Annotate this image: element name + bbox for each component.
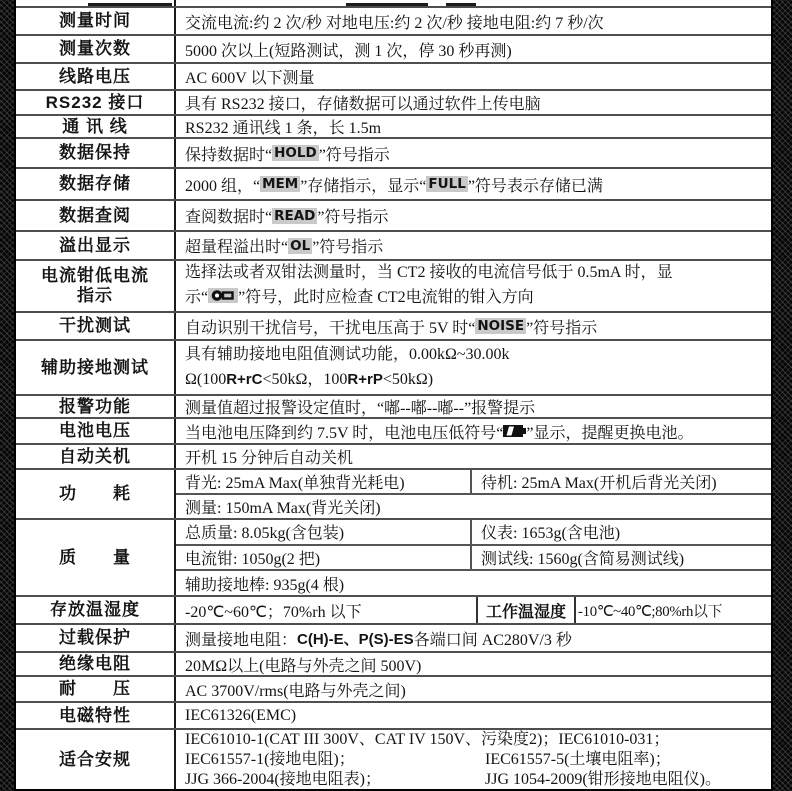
battery-low-icon (503, 424, 526, 438)
lcd-symbol-full: FULL (426, 176, 467, 192)
value-text: ”显示，提醒更换电池。 (526, 420, 693, 443)
spec-row-rs232: RS232 接口 具有 RS232 接口，存储数据可以通过软件上传电脑 (16, 89, 771, 114)
value-bold-text: C(H)-E、P(S)-ES (297, 628, 414, 649)
row-value: 2000 组，“MEM”存储指示，显示“FULL”符号表示存储已满 (176, 169, 771, 199)
safety-line-2: IEC61557-1(接地电阻)； IEC61557-5(土壤电阻率)； (185, 750, 771, 770)
row-value: 自动识别干扰信号，干扰电压高于 5V 时“NOISE”符号指示 (176, 313, 771, 339)
spec-row-data-store: 数据存储 2000 组，“MEM”存储指示，显示“FULL”符号表示存储已满 (16, 167, 771, 199)
row-value: 开机 15 分钟后自动关机 (176, 445, 771, 468)
value-line1: 具有辅助接地电阻值测试功能，0.00kΩ~30.00k (185, 343, 771, 368)
row-label: 测量次数 (16, 36, 176, 62)
row-label-line1: 电流钳低电流 (41, 266, 149, 286)
value-text: 超量程溢出时“ (185, 234, 288, 257)
specification-table: 测量时间 交流电流:约 2 次/秒 对地电压:约 2 次/秒 接地电阻:约 7 … (14, 0, 773, 791)
value-text: 2000 组，“ (185, 173, 260, 196)
row-value: 查阅数据时“READ”符号指示 (176, 201, 771, 230)
value-text: 各端口间 AC280V/3 秒 (414, 627, 572, 650)
power-standby: 待机: 25mA Max(开机后背光关闭) (472, 470, 771, 493)
spec-row-withstand-voltage: 耐 压 AC 3700V/rms(电路与外壳之间) (16, 675, 771, 701)
row-label: 适合安规 (16, 730, 176, 789)
row-label: 辅助接地测试 (16, 341, 176, 394)
value-line1: 选择法或者双钳法测量时，当 CT2 接收的电流信号低于 0.5mA 时，显 (185, 261, 771, 286)
row-label: 数据保持 (16, 139, 176, 167)
spec-row-overload: 过载保护 测量接地电阻： C(H)-E、P(S)-ES 各端口间 AC280V/… (16, 623, 771, 651)
spec-row-power-consumption: 功 耗 背光: 25mA Max(单独背光耗电) 待机: 25mA Max(开机… (16, 468, 771, 518)
clipped-text-artifact (88, 3, 172, 6)
spec-row-clamp-low-current: 电流钳低电流 指示 选择法或者双钳法测量时，当 CT2 接收的电流信号低于 0.… (16, 259, 771, 311)
lcd-symbol-read: READ (272, 208, 317, 224)
row-label: 溢出显示 (16, 232, 176, 259)
row-label: 过载保护 (16, 625, 176, 651)
spec-sheet-page: 测量时间 交流电流:约 2 次/秒 对地电压:约 2 次/秒 接地电阻:约 7 … (0, 0, 792, 791)
row-label: 干扰测试 (16, 313, 176, 339)
clamp-meter-icon (208, 288, 238, 303)
value-text: JJG 366-2004(接地电阻表)； (185, 770, 485, 790)
lcd-symbol-mem: MEM (260, 176, 300, 192)
value-text: ”符号表示存储已满 (468, 173, 603, 196)
row-label: 通 讯 线 (16, 116, 176, 137)
row-value: 测量值超过报警设定值时，“嘟--嘟--嘟--”报警提示 (176, 396, 771, 417)
value-text: ”符号指示 (526, 315, 597, 338)
power-subrow-1: 背光: 25mA Max(单独背光耗电) 待机: 25mA Max(开机后背光关… (176, 470, 771, 493)
row-value: 交流电流:约 2 次/秒 对地电压:约 2 次/秒 接地电阻:约 7 秒/次 (176, 8, 771, 34)
weight-clamp: 电流钳: 1050g(2 把) (176, 546, 472, 570)
spec-row-comm-cable: 通 讯 线 RS232 通讯线 1 条，长 1.5m (16, 114, 771, 137)
spec-row-data-read: 数据查阅 查阅数据时“READ”符号指示 (16, 199, 771, 230)
value-text: IEC61557-1(接地电阻)； (185, 750, 485, 770)
row-value: 超量程溢出时“OL”符号指示 (176, 232, 771, 259)
power-subgrid: 背光: 25mA Max(单独背光耗电) 待机: 25mA Max(开机后背光关… (176, 470, 771, 518)
working-env-value: -10℃~40℃;80%rh以下 (576, 597, 771, 623)
weight-meter: 仪表: 1653g(含电池) (472, 520, 771, 544)
spec-row-emc: 电磁特性 IEC61326(EMC) (16, 701, 771, 728)
value-text: Ω(100 (185, 371, 226, 388)
row-label: 电磁特性 (16, 703, 176, 728)
row-value: AC 600V 以下测量 (176, 64, 771, 89)
clipped-text-artifact (346, 3, 428, 6)
row-label: 测量时间 (16, 8, 176, 34)
row-label: 线路电压 (16, 64, 176, 89)
weight-rods: 辅助接地棒: 935g(4 根) (176, 571, 771, 595)
row-value: 当电池电压降到约 7.5V 时，电池电压低符号“”显示，提醒更换电池。 (176, 419, 771, 443)
row-value: 具有 RS232 接口，存储数据可以通过软件上传电脑 (176, 91, 771, 114)
value-bold-text: R+rP (347, 371, 382, 388)
spec-row-safety-standards: 适合安规 IEC61010-1(CAT III 300V、CAT IV 150V… (16, 728, 771, 789)
power-subrow-2: 测量: 150mA Max(背光关闭) (176, 493, 771, 518)
spec-row-auto-off: 自动关机 开机 15 分钟后自动关机 (16, 443, 771, 468)
lcd-symbol-hold: HOLD (272, 145, 319, 161)
spec-row-weight: 质 量 总质量: 8.05kg(含包装) 仪表: 1653g(含电池) 电流钳:… (16, 518, 771, 595)
lcd-symbol-ol: OL (288, 238, 312, 254)
value-text: ”符号指示 (317, 204, 388, 227)
value-text: 测量接地电阻： (185, 627, 297, 650)
row-value: 20MΩ以上(电路与外壳之间 500V) (176, 653, 771, 675)
value-text: ”符号指示 (319, 142, 390, 165)
page-left-dark-border (0, 0, 14, 791)
working-env-label: 工作温湿度 (476, 597, 576, 623)
spec-row-battery: 电池电压 当电池电压降到约 7.5V 时，电池电压低符号“”显示，提醒更换电池。 (16, 417, 771, 443)
power-measuring: 测量: 150mA Max(背光关闭) (176, 495, 771, 518)
lcd-symbol-noise: NOISE (475, 318, 526, 334)
value-line2: Ω(100R+rC<50kΩ，100R+rP<50kΩ) (185, 368, 771, 393)
weight-leads: 测试线: 1560g(含简易测试线) (472, 546, 771, 570)
spec-row-overflow: 溢出显示 超量程溢出时“OL”符号指示 (16, 230, 771, 259)
value-text: ”存储指示，显示“ (300, 173, 426, 196)
row-value: 测量接地电阻： C(H)-E、P(S)-ES 各端口间 AC280V/3 秒 (176, 625, 771, 651)
row-value: 选择法或者双钳法测量时，当 CT2 接收的电流信号低于 0.5mA 时，显 示“… (176, 261, 771, 311)
spec-row-insulation: 绝缘电阻 20MΩ以上(电路与外壳之间 500V) (16, 651, 771, 675)
value-text: <50kΩ) (383, 371, 433, 388)
storage-env-value: -20℃~60℃；70%rh 以下 (176, 597, 476, 623)
row-label: 电流钳低电流 指示 (16, 261, 176, 311)
value-text: 保持数据时“ (185, 142, 272, 165)
weight-total: 总质量: 8.05kg(含包装) (176, 520, 472, 544)
row-label: 存放温湿度 (16, 597, 176, 623)
row-label: 数据查阅 (16, 201, 176, 230)
row-value: 保持数据时“HOLD”符号指示 (176, 139, 771, 167)
spec-row-storage-env: 存放温湿度 -20℃~60℃；70%rh 以下 工作温湿度 -10℃~40℃;8… (16, 595, 771, 623)
row-label: 自动关机 (16, 445, 176, 468)
weight-subrow-2: 电流钳: 1050g(2 把) 测试线: 1560g(含简易测试线) (176, 544, 771, 570)
value-text: JJG 1054-2009(钳形接地电阻仪)。 (485, 770, 721, 790)
row-label: 数据存储 (16, 169, 176, 199)
row-label: 质 量 (16, 520, 176, 595)
row-label-line2: 指示 (77, 286, 113, 306)
row-value: 具有辅助接地电阻值测试功能，0.00kΩ~30.00k Ω(100R+rC<50… (176, 341, 771, 394)
spec-row-interference: 干扰测试 自动识别干扰信号，干扰电压高于 5V 时“NOISE”符号指示 (16, 311, 771, 339)
value-text: <50kΩ，100 (262, 371, 347, 388)
spec-row-aux-ground: 辅助接地测试 具有辅助接地电阻值测试功能，0.00kΩ~30.00k Ω(100… (16, 339, 771, 394)
clipped-row-remnant (16, 0, 771, 6)
spec-row-data-hold: 数据保持 保持数据时“HOLD”符号指示 (16, 137, 771, 167)
weight-subrow-3: 辅助接地棒: 935g(4 根) (176, 569, 771, 595)
value-text: 自动识别干扰信号，干扰电压高于 5V 时“ (185, 315, 475, 338)
value-bold-text: R+rC (226, 371, 262, 388)
row-label: RS232 接口 (16, 91, 176, 114)
row-label: 绝缘电阻 (16, 653, 176, 675)
value-text: IEC61557-5(土壤电阻率)； (485, 750, 671, 770)
value-text: ”符号指示 (312, 234, 383, 257)
value-text: ”符号，此时应检查 CT2电流钳的钳入方向 (238, 289, 534, 306)
value-text: 示“ (185, 289, 208, 306)
row-value: 5000 次以上(短路测试，测 1 次，停 30 秒再测) (176, 36, 771, 62)
value-text: 当电池电压降到约 7.5V 时，电池电压低符号“ (185, 420, 503, 443)
row-value: IEC61010-1(CAT III 300V、CAT IV 150V、污染度2… (176, 730, 771, 789)
row-label: 电池电压 (16, 419, 176, 443)
value-text: 查阅数据时“ (185, 204, 272, 227)
spec-row-line-voltage: 线路电压 AC 600V 以下测量 (16, 62, 771, 89)
spec-row-measure-count: 测量次数 5000 次以上(短路测试，测 1 次，停 30 秒再测) (16, 34, 771, 62)
clipped-text-artifact (446, 3, 476, 6)
safety-line-1: IEC61010-1(CAT III 300V、CAT IV 150V、污染度2… (185, 730, 771, 750)
page-right-dark-border (773, 0, 792, 791)
row-value: RS232 通讯线 1 条，长 1.5m (176, 116, 771, 137)
weight-subrow-1: 总质量: 8.05kg(含包装) 仪表: 1653g(含电池) (176, 520, 771, 544)
row-value: AC 3700V/rms(电路与外壳之间) (176, 677, 771, 701)
row-value: IEC61326(EMC) (176, 703, 771, 728)
safety-line-3: JJG 366-2004(接地电阻表)； JJG 1054-2009(钳形接地电… (185, 770, 771, 790)
weight-subgrid: 总质量: 8.05kg(含包装) 仪表: 1653g(含电池) 电流钳: 105… (176, 520, 771, 595)
row-label: 功 耗 (16, 470, 176, 518)
row-label: 报警功能 (16, 396, 176, 417)
power-backlight: 背光: 25mA Max(单独背光耗电) (176, 470, 472, 493)
spec-row-measure-time: 测量时间 交流电流:约 2 次/秒 对地电压:约 2 次/秒 接地电阻:约 7 … (16, 6, 771, 34)
value-line2: 示“”符号，此时应检查 CT2电流钳的钳入方向 (185, 286, 771, 311)
row-label: 耐 压 (16, 677, 176, 701)
spec-row-alarm: 报警功能 测量值超过报警设定值时，“嘟--嘟--嘟--”报警提示 (16, 394, 771, 417)
